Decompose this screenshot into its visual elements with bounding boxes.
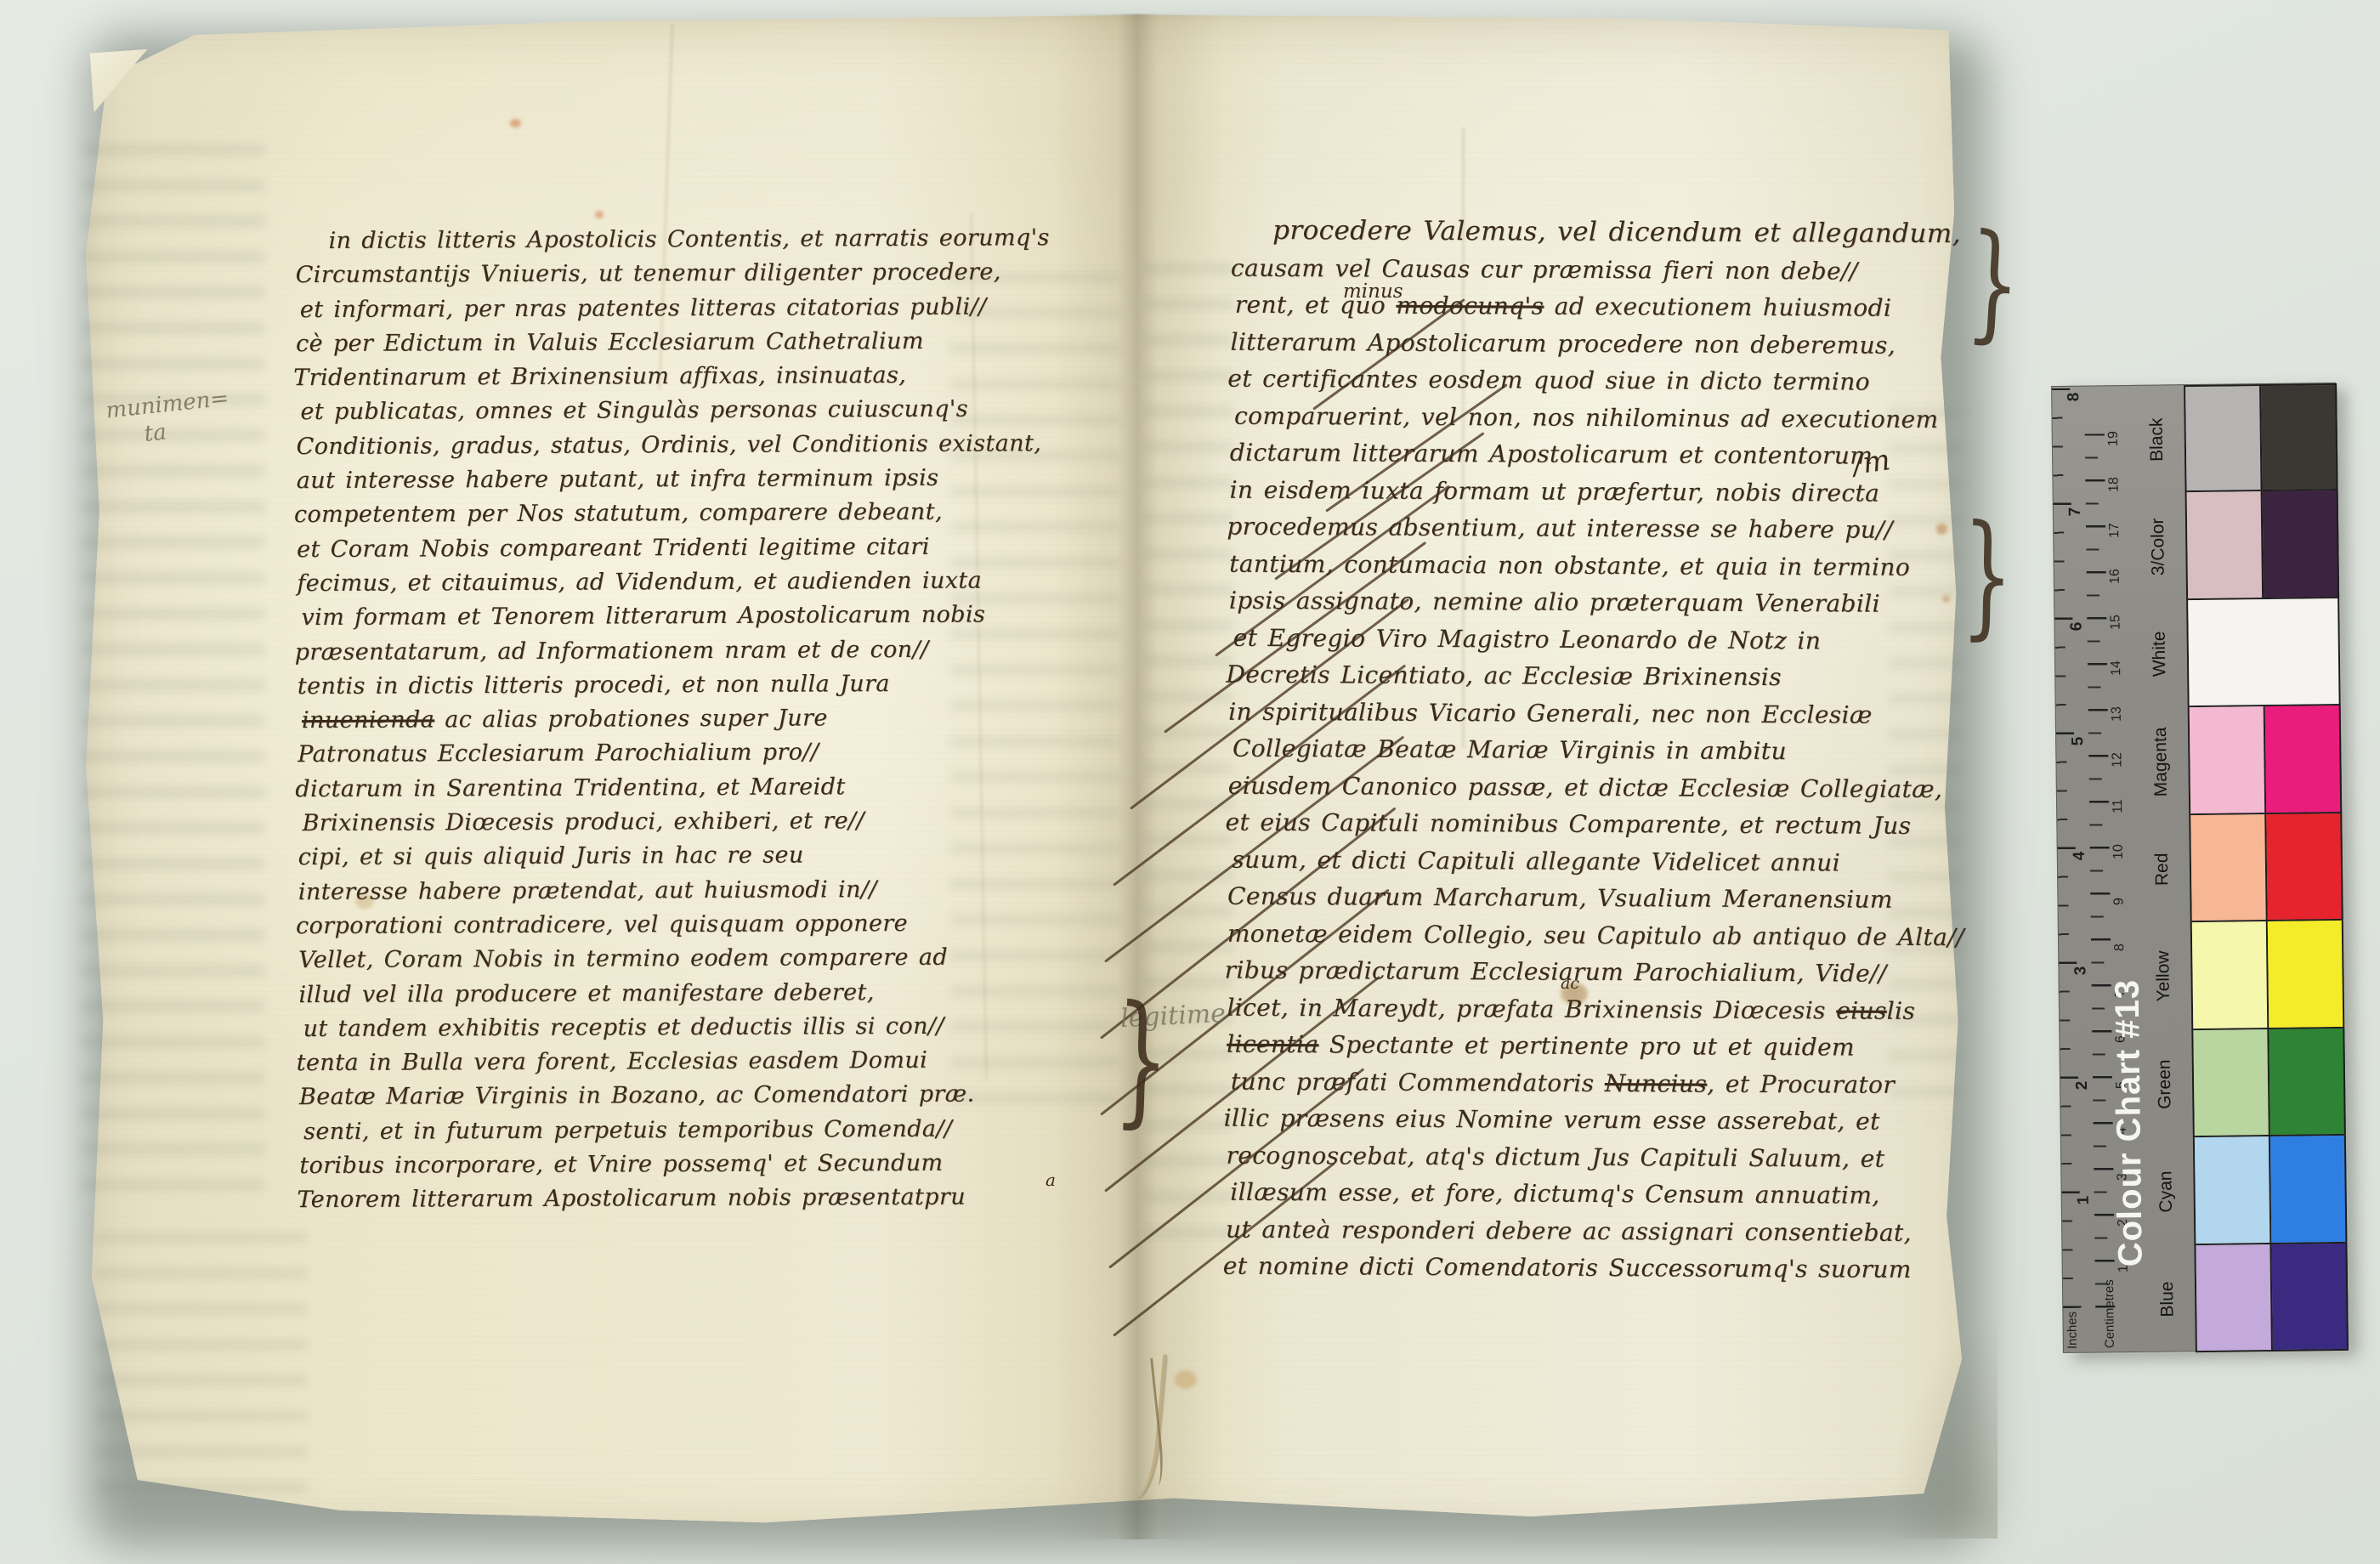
manuscript-line: dictarum in Sarentina Tridentina, et Mar…: [295, 769, 1115, 807]
cm-number: 8: [2112, 943, 2128, 951]
patch-blue-solid: [2271, 1243, 2349, 1350]
chart-row-red: [2190, 813, 2343, 923]
manuscript-line: ut anteà responderi debere ac assignari …: [1226, 1210, 1974, 1251]
manuscript-line: Conditionis, gradus, status, Ordinis, ve…: [297, 427, 1117, 465]
manuscript-line: tunc præfati Commendatoris Nuncius, et P…: [1231, 1062, 1979, 1103]
patch-yellow-solid: [2268, 921, 2345, 1028]
manuscript-line: illic præsens eius Nomine verum esse ass…: [1224, 1100, 1972, 1141]
manuscript-line: corporationi contradicere, vel quisquam …: [296, 906, 1116, 944]
struck-word: modocunq's: [1396, 292, 1544, 320]
ruler-inches-label: Inches: [2065, 1312, 2080, 1349]
chart-row-yellow: [2192, 921, 2345, 1030]
manuscript-line: Vellet, Coram Nobis in termino eodem com…: [298, 940, 1119, 978]
patch-black-tint: [2185, 386, 2262, 491]
cm-number: 11: [2111, 799, 2126, 813]
photo-stage: in dictis litteris Apostolicis Contentis…: [0, 0, 2380, 1564]
chart-row-label-text: Black: [2146, 417, 2167, 462]
chart-row-label-3-color: 3/Color: [2130, 493, 2187, 601]
pen-brace: }: [1960, 507, 2014, 643]
manuscript-line: et certificantes eosdem quod siue in dic…: [1227, 360, 1975, 401]
chart-row-label-text: White: [2149, 632, 2170, 677]
patch-3-color-tint: [2187, 491, 2264, 598]
manuscript-line: et nomine dicti Comendatoris Successorum…: [1223, 1248, 1971, 1289]
chart-row-3-color: [2187, 490, 2340, 600]
chart-row-magenta: [2190, 705, 2343, 815]
struck-word: Nuncius: [1605, 1069, 1708, 1098]
struck-word: inuenienda: [302, 707, 434, 734]
chart-row-label-text: Blue: [2156, 1281, 2178, 1317]
pen-brace: }: [1113, 985, 1171, 1132]
manuscript-line: Tridentinarum et Brixinensium affixas, i…: [293, 358, 1113, 396]
manuscript-line: licet, in Mareydt, præfata Brixinensis D…: [1227, 989, 1975, 1029]
manuscript-line: monetæ eidem Collegio, seu Capitulo ab a…: [1227, 915, 1975, 955]
chart-row-label-text: Green: [2154, 1059, 2175, 1109]
cm-number: 16: [2108, 569, 2123, 584]
manuscript-line: tentis in dictis litteris procedi, et no…: [297, 666, 1118, 705]
interlinear-correction: ac: [1561, 974, 1579, 993]
cm-number: 13: [2110, 706, 2125, 722]
patch-yellow-tint: [2192, 921, 2269, 1028]
manuscript-line: et Egregio Viro Magistro Leonardo de Not…: [1233, 619, 1981, 660]
chart-row-label-text: 3/Color: [2147, 518, 2168, 575]
manuscript-line: et informari, per nras patentes litteras…: [300, 289, 1120, 327]
manuscript-line: ribus prædictarum Ecclesiarum Parochiali…: [1225, 952, 1973, 993]
manuscript-line: interesse habere prætendat, aut huiusmod…: [298, 872, 1119, 910]
chart-row-label-text: Cyan: [2156, 1170, 2177, 1212]
manuscript-line: Tenorem litterarum Apostolicarum nobis p…: [297, 1180, 1117, 1218]
chart-row-label-white: White: [2131, 600, 2188, 708]
inch-number: 1: [2075, 1196, 2094, 1205]
cm-number: 10: [2111, 844, 2127, 859]
manuscript-line: senti, et in futurum perpetuis temporibu…: [303, 1112, 1124, 1150]
chart-patches: [2184, 383, 2349, 1352]
inch-number: 6: [2067, 622, 2086, 632]
chart-title: Colour Chart #13: [2109, 978, 2150, 1266]
inch-number: 3: [2071, 966, 2090, 976]
manuscript-line: ipsis assignato, nemine alio præterquam …: [1229, 582, 1977, 623]
manuscript-line: eiusdem Canonico passæ, et dictæ Ecclesi…: [1228, 767, 1976, 807]
struck-word: licentia: [1227, 1030, 1318, 1059]
inch-number: 4: [2071, 852, 2089, 861]
manuscript-line: et eius Capituli nominibus Comparente, e…: [1225, 804, 1973, 845]
manuscript-line: Census duarum Marcharum, Vsualium Merane…: [1227, 878, 1975, 919]
patch-black-solid: [2261, 385, 2337, 490]
manuscript-line: recognoscebat, atq's dictum Jus Capituli…: [1226, 1136, 1974, 1177]
manuscript-line: tenta in Bulla vera forent, Ecclesias ea…: [297, 1043, 1117, 1081]
ruler-centimetres-label: Centimetres: [2102, 1279, 2117, 1348]
manuscript-line: Circumstantijs Vniueris, ut tenemur dili…: [296, 255, 1116, 293]
right-page-text: procedere Valemus, vel dicendum et alleg…: [1226, 212, 1980, 1289]
manuscript-line: præsentatarum, ad Informationem nram et …: [295, 632, 1115, 670]
chart-row-label-red: Red: [2133, 815, 2190, 923]
pen-brace: }: [1964, 216, 2024, 350]
inch-number: 5: [2069, 737, 2088, 746]
inch-number: 7: [2066, 507, 2085, 517]
manuscript-line: et publicatas, omnes et Singulàs persona…: [300, 392, 1120, 430]
cm-number: 14: [2109, 660, 2124, 676]
manuscript-line: Decretis Licentiato, ac Ecclesiæ Brixine…: [1226, 656, 1974, 697]
manuscript-line: suum, et dicti Capituli allegante Videli…: [1232, 841, 1980, 881]
manuscript-line: in dictis litteris Apostolicis Contentis…: [292, 221, 1113, 259]
manuscript-line: tantium, contumacia non obstante, et qui…: [1229, 545, 1977, 586]
superscript-insertion: a: [1045, 1170, 1056, 1190]
manuscript-line: procedemus absentium, aut interesse se h…: [1227, 508, 1975, 549]
chart-row-label-black: Black: [2128, 385, 2185, 493]
patch-blue-tint: [2196, 1244, 2273, 1351]
manuscript-line: Brixinensis Diœcesis produci, exhiberi, …: [302, 803, 1122, 841]
cm-number: 19: [2106, 431, 2122, 446]
manuscript-line: licentia Spectante et pertinente pro ut …: [1227, 1026, 1975, 1067]
patch-red-tint: [2190, 814, 2268, 921]
manuscript-line: cè per Edictum in Valuis Ecclesiarum Cat…: [296, 324, 1116, 362]
chart-row-label-text: Red: [2151, 853, 2172, 886]
manuscript-line: illæsum esse, et fore, dictumq's Censum …: [1230, 1174, 1978, 1215]
insertion-mark: /m: [1850, 443, 1892, 482]
manuscript-line: ut tandem exhibitis receptis et deductis…: [303, 1009, 1123, 1047]
manuscript-line: cipi, et si quis aliquid Juris in hac re…: [298, 837, 1119, 875]
chart-row-blue: [2196, 1243, 2349, 1352]
manuscript-line: illud vel illa producere et manifestare …: [298, 974, 1119, 1012]
manuscript-line: Patronatus Ecclesiarum Parochialium pro/…: [297, 734, 1118, 773]
chart-row-label-magenta: Magenta: [2133, 707, 2190, 815]
chart-row-label-text: Magenta: [2150, 727, 2171, 796]
manuscript-line: litterarum Apostolicarum procedere non d…: [1230, 323, 1978, 364]
manuscript-line: comparuerint, vel non, nos nihilominus a…: [1234, 397, 1982, 438]
manuscript-line: procedere Valemus, vel dicendum et alleg…: [1228, 212, 1976, 253]
manuscript-line: vim formam et Tenorem litterarum Apostol…: [301, 598, 1121, 636]
cm-number: 12: [2110, 752, 2125, 768]
cm-number: 15: [2108, 615, 2123, 630]
patch-magenta-solid: [2265, 705, 2343, 813]
cm-number: 17: [2107, 523, 2122, 538]
patch-magenta-tint: [2190, 706, 2267, 813]
inch-number: 8: [2065, 393, 2083, 402]
chart-row-cyan: [2195, 1136, 2348, 1245]
cm-number: 18: [2106, 477, 2122, 492]
chart-row-black: [2185, 383, 2338, 493]
left-page-text: in dictis litteris Apostolicis Contentis…: [295, 221, 1119, 1218]
cm-number: 9: [2111, 898, 2127, 905]
manuscript-line: aut interesse habere putant, ut infra te…: [297, 461, 1117, 499]
patch-red-solid: [2266, 813, 2343, 921]
manuscript-line: in spiritualibus Vicario Generali, nec n…: [1228, 693, 1976, 734]
interlinear-correction: minus: [1343, 280, 1403, 303]
chart-row-green: [2193, 1028, 2346, 1138]
manuscript-line: Collegiatæ Beatæ Mariæ Virginis in ambit…: [1232, 730, 1980, 771]
manuscript-line: fecimus, et citauimus, ad Videndum, et a…: [297, 564, 1117, 602]
patch-cyan-tint: [2195, 1136, 2272, 1244]
manuscript-line: competentem per Nos statutum, comparere …: [294, 495, 1114, 533]
chart-row-white: [2188, 598, 2341, 708]
manuscript-line: toribus incorporare, et Vnire possemq' e…: [299, 1146, 1119, 1184]
inch-number: 2: [2073, 1081, 2092, 1091]
manuscript-line: et Coram Nobis compareant Tridenti legit…: [297, 530, 1117, 568]
color-chart: 12345678 12345678910111213141516171819 I…: [2051, 382, 2348, 1353]
chart-row-label-text: Yellow: [2153, 951, 2174, 1002]
manuscript-line: inuenienda ac alias probationes super Ju…: [302, 700, 1122, 739]
manuscript-line: Beatæ Mariæ Virginis in Bozano, ac Comen…: [299, 1077, 1119, 1115]
patch-green-solid: [2269, 1028, 2346, 1136]
patch-cyan-solid: [2270, 1136, 2348, 1243]
struck-word: eius: [1836, 996, 1887, 1024]
patch-white: [2188, 598, 2341, 706]
patch-3-color-solid: [2263, 490, 2340, 598]
patch-green-tint: [2193, 1029, 2270, 1136]
